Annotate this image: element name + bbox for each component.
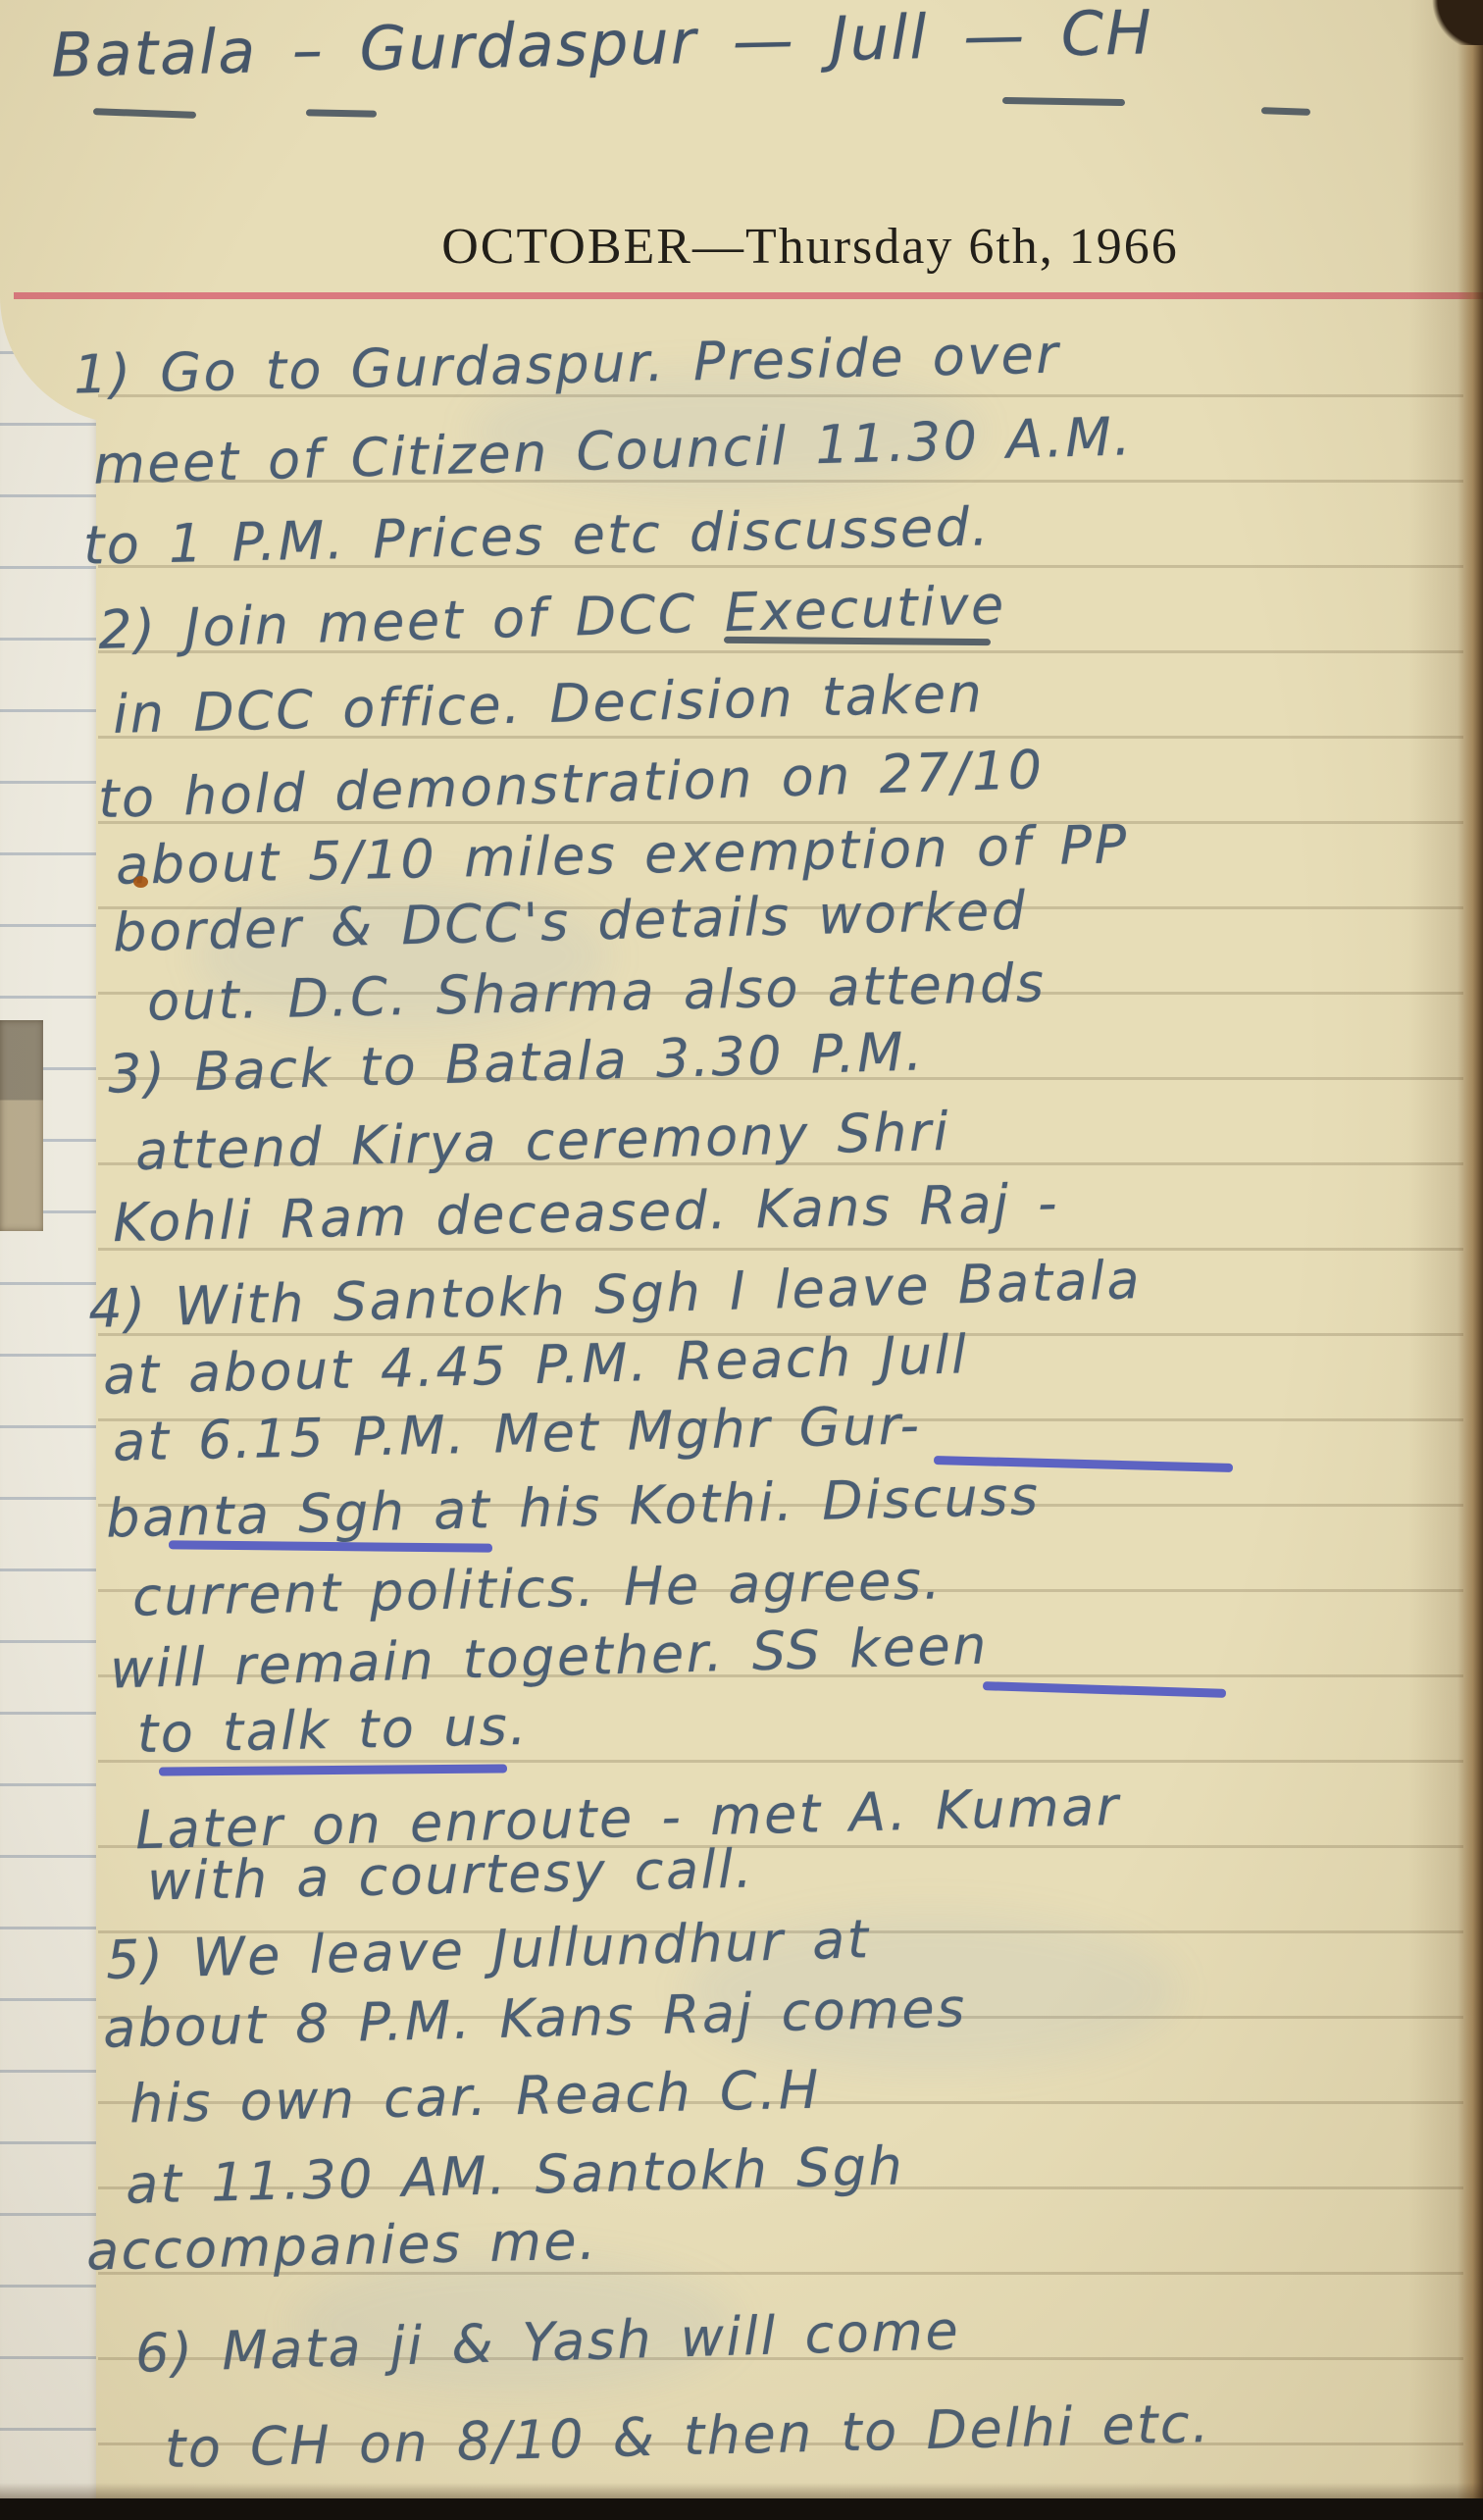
journal-line: to talk to us. bbox=[136, 1695, 529, 1765]
scan-edge-bottom bbox=[0, 2498, 1483, 2520]
journal-line: at 11.30 AM. Santokh Sgh bbox=[125, 2134, 905, 2215]
ink-underline bbox=[306, 109, 377, 117]
journal-line: in DCC office. Decision taken bbox=[112, 662, 985, 746]
journal-line: 4) With Santokh Sgh I leave Batala bbox=[87, 1249, 1143, 1340]
tape-fragment bbox=[0, 1020, 43, 1231]
journal-line: to CH on 8/10 & then to Delhi etc. bbox=[164, 2392, 1211, 2480]
journal-line: 1) Go to Gurdaspur. Preside over bbox=[73, 323, 1060, 405]
journal-line: with a courtesy call. bbox=[146, 1838, 754, 1913]
journal-line: will remain together. SS keen bbox=[109, 1615, 989, 1701]
journal-line: to 1 P.M. Prices etc discussed. bbox=[82, 495, 991, 576]
ink-spot bbox=[133, 876, 148, 888]
scan-corner-shadow bbox=[1414, 0, 1483, 45]
journal-line: 2) Join meet of DCC Executive bbox=[97, 574, 1006, 661]
journal-line: 6) Mata ji & Yash will come bbox=[134, 2299, 961, 2384]
journal-line: at 6.15 P.M. Met Mghr Gur- bbox=[112, 1394, 922, 1472]
journal-line: 5) We leave Jullundhur at bbox=[105, 1908, 871, 1991]
journal-line: Kohli Ram deceased. Kans Raj - bbox=[112, 1172, 1059, 1254]
journal-line: attend Kirya ceremony Shri bbox=[134, 1101, 950, 1182]
journal-line: accompanies me. bbox=[85, 2210, 598, 2283]
scan-edge-shadow bbox=[0, 2483, 1483, 2498]
journal-line: 3) Back to Batala 3.30 P.M. bbox=[107, 1020, 925, 1105]
journal-line: to hold demonstration on 27/10 bbox=[97, 739, 1045, 830]
journal-line: current politics. He agrees. bbox=[131, 1549, 943, 1627]
journal-line: about 8 P.M. Kans Raj comes bbox=[102, 1977, 967, 2060]
journal-line: his own car. Reach C.H bbox=[128, 2059, 821, 2135]
page-curve-shadow bbox=[1457, 0, 1483, 2520]
journal-line: meet of Citizen Council 11.30 A.M. bbox=[92, 405, 1133, 496]
journal-entries: 1) Go to Gurdaspur. Preside overmeet of … bbox=[0, 0, 1483, 2520]
journal-line: banta Sgh at his Kothi. Discuss bbox=[105, 1465, 1041, 1549]
